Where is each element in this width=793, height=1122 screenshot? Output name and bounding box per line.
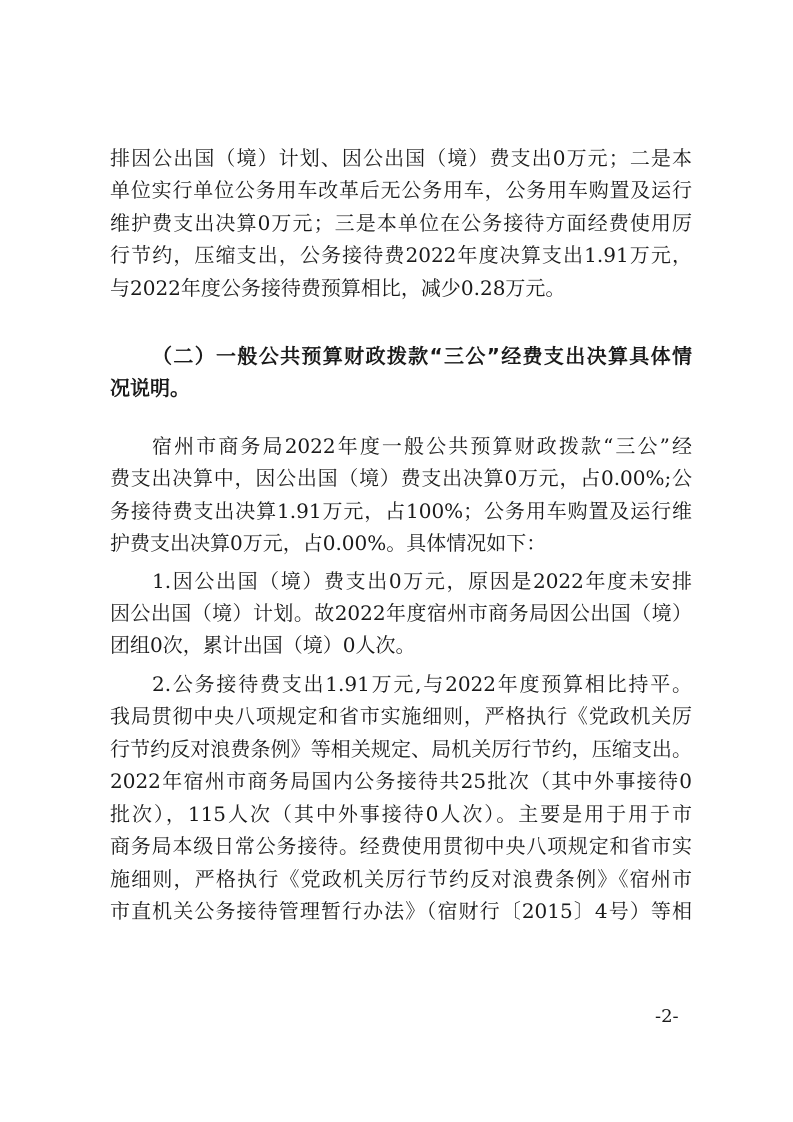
text-line-3: 维护费支出决算0万元；三是本单位在公务接待方面经费使用厉 <box>110 208 692 238</box>
text-line-10: 务接待费支出决算1.91万元，占100%；公务用车购置及运行维 <box>110 496 692 526</box>
text-line-18: 2022年宿州市商务局国内公务接待共25批次（其中外事接待0 <box>110 766 692 796</box>
text-line-15: 2.公务接待费支出1.91万元,与2022年度预算相比持平。 <box>152 669 692 699</box>
text-line-12: 1.因公出国（境）费支出0万元，原因是2022年度未安排 <box>152 566 692 596</box>
section-heading: （二）一般公共预算财政拨款“三公”经费支出决算具体情 <box>152 341 692 371</box>
text-line-13: 因公出国（境）计划。故2022年度宿州市商务局因公出国（境） <box>110 598 692 628</box>
text-line-4: 行节约，压缩支出，公务接待费2022年度决算支出1.91万元， <box>110 240 692 270</box>
text-line-2: 单位实行单位公务用车改革后无公务用车，公务用车购置及运行 <box>110 175 692 205</box>
text-line-5: 与2022年度公务接待费预算相比，减少0.28万元。 <box>110 273 692 303</box>
text-line-21: 施细则，严格执行《党政机关厉行节约反对浪费条例》《宿州市 <box>110 864 692 894</box>
text-line-9: 费支出决算中，因公出国（境）费支出决算0万元，占0.00%;公 <box>110 463 692 493</box>
page-number: -2- <box>655 1004 679 1030</box>
text-line-20: 商务局本级日常公务接待。经费使用贯彻中央八项规定和省市实 <box>110 831 692 861</box>
text-line-14: 团组0次，累计出国（境）0人次。 <box>110 630 692 660</box>
text-line-1: 排因公出国（境）计划、因公出国（境）费支出0万元；二是本 <box>110 143 692 173</box>
text-line-16: 我局贯彻中央八项规定和省市实施细则，严格执行《党政机关厉 <box>110 701 692 731</box>
section-heading-cont: 况说明。 <box>110 373 692 403</box>
document-page: 排因公出国（境）计划、因公出国（境）费支出0万元；二是本 单位实行单位公务用车改… <box>0 0 793 1122</box>
text-line-17: 行节约反对浪费条例》等相关规定、局机关厉行节约，压缩支出。 <box>110 734 692 764</box>
text-line-8: 宿州市商务局2022年度一般公共预算财政拨款“三公”经 <box>152 431 692 461</box>
text-line-22: 市直机关公务接待管理暂行办法》（宿财行〔2015〕4号）等相 <box>110 896 692 926</box>
text-line-11: 护费支出决算0万元，占0.00%。具体情况如下： <box>110 528 692 558</box>
text-line-19: 批次），115人次（其中外事接待0人次）。主要是用于用于市 <box>110 799 692 829</box>
